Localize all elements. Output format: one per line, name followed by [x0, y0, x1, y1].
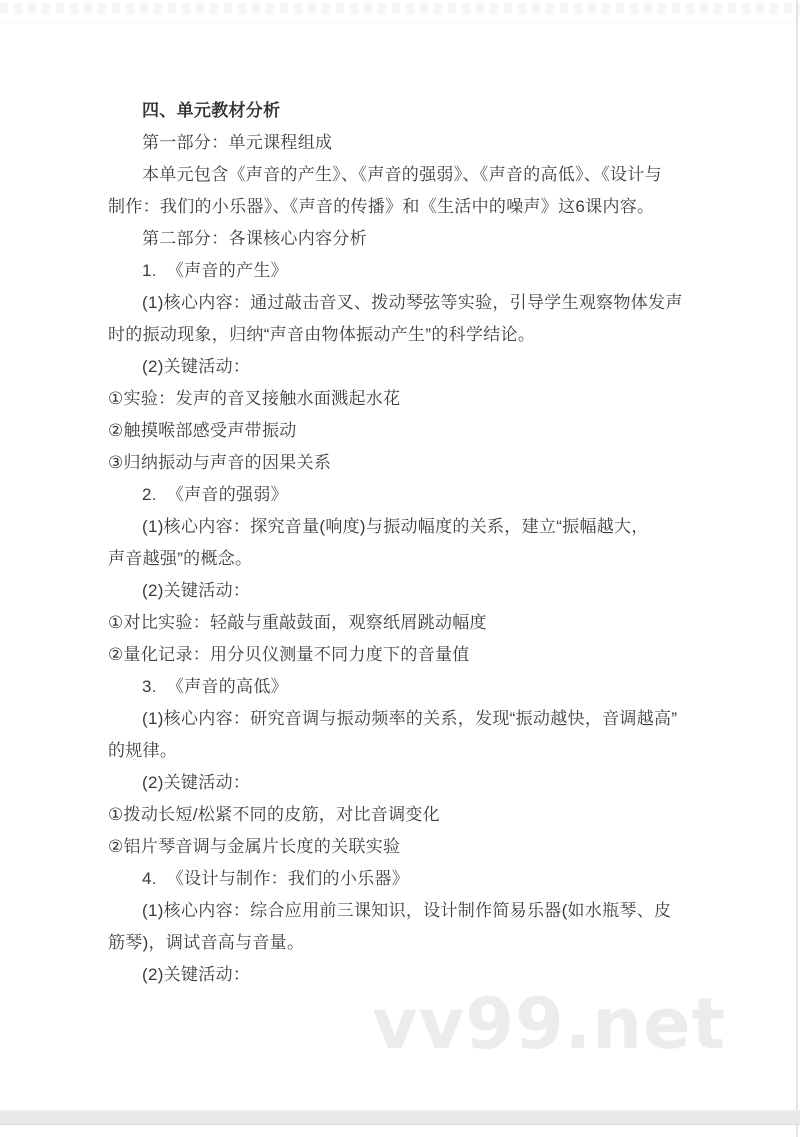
doc-line: 第一部分：单元课程组成 — [108, 127, 728, 159]
doc-line: (2)关键活动： — [108, 767, 728, 799]
page-right-edge — [796, 0, 798, 1137]
doc-line: (1)核心内容：通过敲击音叉、拨动琴弦等实验，引导学生观察物体发声 — [108, 287, 728, 319]
watermark: vv99.net — [372, 983, 726, 1065]
doc-line: 时的振动现象，归纳“声音由物体振动产生”的科学结论。 — [108, 319, 728, 351]
doc-line: ③归纳振动与声音的因果关系 — [108, 447, 728, 479]
doc-line: (1)核心内容：综合应用前三课知识，设计制作简易乐器(如水瓶琴、皮 — [108, 895, 728, 927]
doc-line: (2)关键活动： — [108, 959, 728, 991]
doc-line: 本单元包含《声音的产生》、《声音的强弱》、《声音的高低》、《设计与 — [108, 159, 728, 191]
doc-line: ①对比实验：轻敲与重敲鼓面，观察纸屑跳动幅度 — [108, 607, 728, 639]
doc-line: 3. 《声音的高低》 — [108, 671, 728, 703]
doc-line: ②量化记录：用分贝仪测量不同力度下的音量值 — [108, 639, 728, 671]
page-break-band — [0, 1110, 800, 1125]
page-top-texture — [0, 3, 800, 14]
page-top-rule — [0, 22, 800, 23]
section-heading: 四、单元教材分析 — [108, 95, 728, 127]
doc-line: (1)核心内容：研究音调与振动频率的关系，发现“振动越快，音调越高” — [108, 703, 728, 735]
doc-line: 的规律。 — [108, 735, 728, 767]
doc-line: (2)关键活动： — [108, 351, 728, 383]
doc-line: 筋琴)，调试音高与音量。 — [108, 927, 728, 959]
document-page: 四、单元教材分析 第一部分：单元课程组成 本单元包含《声音的产生》、《声音的强弱… — [108, 95, 728, 991]
doc-line: 制作：我们的小乐器》、《声音的传播》和《生活中的噪声》这6课内容。 — [108, 191, 728, 223]
doc-line: (2)关键活动： — [108, 575, 728, 607]
doc-line: ②触摸喉部感受声带振动 — [108, 415, 728, 447]
doc-line: ①实验：发声的音叉接触水面溅起水花 — [108, 383, 728, 415]
doc-line: ②铝片琴音调与金属片长度的关联实验 — [108, 831, 728, 863]
document-viewer: vv99.net 四、单元教材分析 第一部分：单元课程组成 本单元包含《声音的产… — [0, 0, 800, 1137]
doc-line: 2. 《声音的强弱》 — [108, 479, 728, 511]
doc-line: 4. 《设计与制作：我们的小乐器》 — [108, 863, 728, 895]
doc-line: 1. 《声音的产生》 — [108, 255, 728, 287]
doc-line: 第二部分：各课核心内容分析 — [108, 223, 728, 255]
doc-line: (1)核心内容：探究音量(响度)与振动幅度的关系，建立“振幅越大， — [108, 511, 728, 543]
doc-line: 声音越强”的概念。 — [108, 543, 728, 575]
doc-line: ①拨动长短/松紧不同的皮筋，对比音调变化 — [108, 799, 728, 831]
